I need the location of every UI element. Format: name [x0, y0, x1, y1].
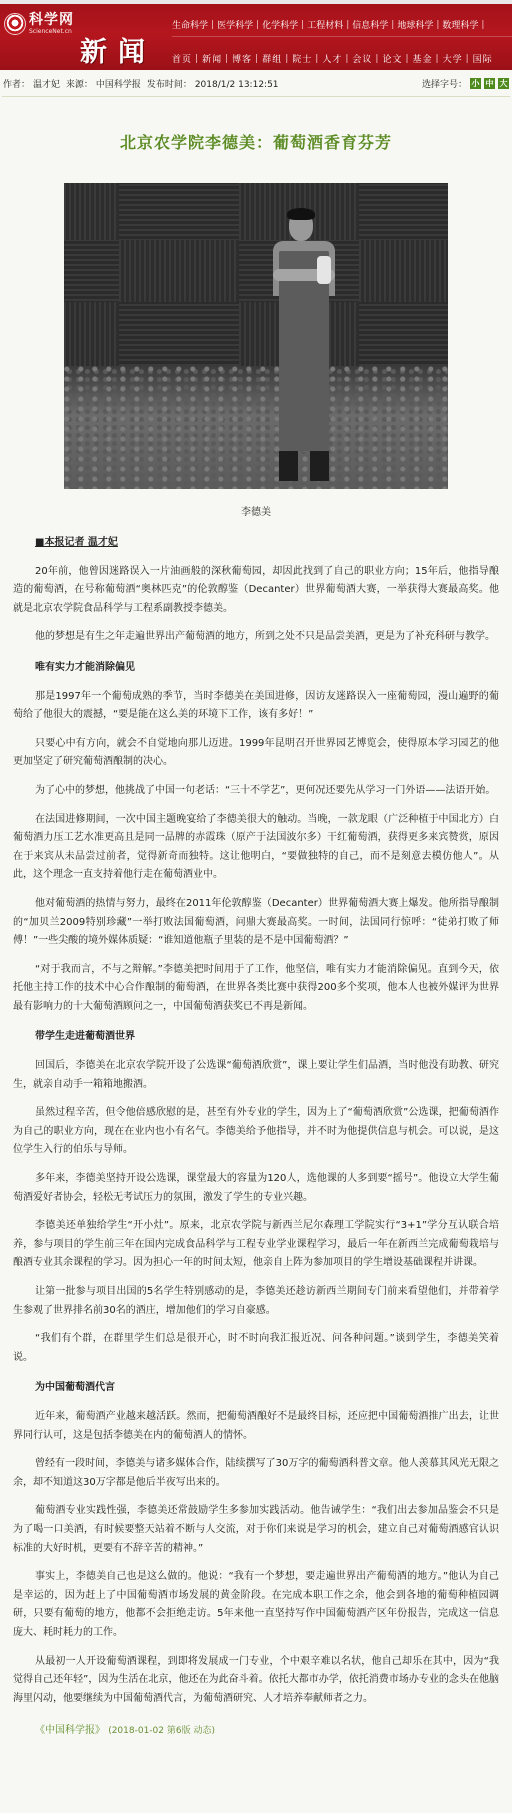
- article-paragraph: 多年来，李德美坚持开设公选课，课堂最大的容量为120人，选他课的人多到要“摇号”…: [13, 1170, 499, 1207]
- nav-groups[interactable]: 群组: [262, 52, 282, 65]
- author-label: 作者：: [3, 80, 30, 90]
- article-paragraph: 他的梦想是有生之年走遍世界出产葡萄酒的地方，所到之处不只是品尝美酒，更是为了补充…: [13, 628, 499, 647]
- font-size-medium-button[interactable]: 中: [484, 78, 495, 89]
- nav-divider: |: [346, 20, 349, 30]
- nav-divider: |: [255, 54, 259, 64]
- article-meta-bar: 作者：温才妃 来源：中国科学报 发布时间：2018/1/2 13:12:51 选…: [2, 70, 510, 97]
- article-paragraph: 在法国进修期间，一次中国主题晚宴给了李德美很大的触动。当晚，一款龙眼（广泛种植于…: [13, 811, 499, 885]
- source-name: 中国科学报: [96, 80, 141, 90]
- nav-divider: |: [345, 54, 349, 64]
- section-heading: 唯有实力才能消除偏见: [35, 659, 499, 678]
- article-title: 北京农学院李德美：葡萄酒香育芬芳: [0, 130, 512, 150]
- font-size-selector: 选择字号： 小 中 大: [422, 77, 509, 90]
- photo-wall-panel: [359, 240, 448, 302]
- source-label: 来源：: [66, 80, 93, 90]
- nav-papers[interactable]: 论文: [382, 52, 402, 65]
- nav-funding[interactable]: 基金: [413, 52, 433, 65]
- nav-divider: |: [195, 54, 199, 64]
- nav-talent[interactable]: 人才: [322, 52, 342, 65]
- nav-divider: |: [405, 54, 409, 64]
- article-paragraph: 为了心中的梦想，他挑战了中国一句老话：“三十不学艺”，更何况还要先从学习一门外语…: [13, 782, 499, 801]
- photo-wall-panel: [64, 302, 119, 366]
- sciencenet-logo[interactable]: 科学网 ScienceNet.cn: [4, 13, 74, 35]
- source-edition: (2018-01-02 第6版 动态): [108, 1726, 215, 1736]
- main-nav: 首页| 新闻| 博客| 群组| 院士| 人才| 会议| 论文| 基金| 大学| …: [172, 52, 493, 65]
- font-size-label: 选择字号：: [422, 77, 467, 90]
- photo-subject: [265, 211, 345, 481]
- article-photo: [64, 183, 448, 489]
- nav-separator: [172, 36, 512, 37]
- nav-divider: |: [436, 20, 439, 30]
- article-paragraph: 让第一批参与项目出国的5名学生特别感动的是，李德美还趁访新西兰期间专门前来看望他…: [13, 1283, 499, 1320]
- font-size-large-button[interactable]: 大: [498, 78, 509, 89]
- nav-divider: |: [481, 20, 484, 30]
- published-label: 发布时间：: [147, 80, 192, 90]
- article-paragraph: 从最初一人开设葡萄酒课程，到即将发展成一门专业，个中艰辛难以名状，他自己却乐在其…: [13, 1653, 499, 1709]
- nav-home[interactable]: 首页: [172, 52, 192, 65]
- nav-divider: |: [285, 54, 289, 64]
- photo-wall-panel: [119, 240, 239, 302]
- article-body: ■本报记者 温才妃 20年前，他曾因迷路误入一片油画般的深秋葡萄园，却因此找到了…: [0, 534, 512, 1741]
- discipline-nav: 生命科学| 医学科学| 化学科学| 工程材料| 信息科学| 地球科学| 数理科学…: [172, 18, 487, 31]
- published-time: 2018/1/2 13:12:51: [195, 80, 279, 90]
- nav-life-science[interactable]: 生命科学: [172, 18, 208, 31]
- font-size-small-button[interactable]: 小: [470, 78, 481, 89]
- article-paragraph: “对于我而言，不与之辩解。”李德美把时间用于了工作，他坚信，唯有实力才能消除偏见…: [13, 961, 499, 1017]
- article-blocks: 20年前，他曾因迷路误入一片油画般的深秋葡萄园，却因此找到了自己的职业方向；15…: [13, 563, 499, 1709]
- article-meta: 作者：温才妃 来源：中国科学报 发布时间：2018/1/2 13:12:51: [3, 77, 282, 90]
- article-paragraph: “我们有个群，在群里学生们总是很开心，时不时向我汇报近况、问各种问题。”谈到学生…: [13, 1330, 499, 1367]
- article-paragraph: 葡萄酒专业实践性强，李德美还常鼓励学生多参加实践活动。他告诫学生：“我们出去参加…: [13, 1502, 499, 1558]
- section-title: 新闻: [80, 30, 156, 69]
- logo-en-text: ScienceNet.cn: [29, 29, 74, 35]
- nav-chemistry[interactable]: 化学科学: [262, 18, 298, 31]
- nav-engineering[interactable]: 工程材料: [307, 18, 343, 31]
- nav-universities[interactable]: 大学: [443, 52, 463, 65]
- article-paragraph: 曾经有一段时间，李德美与诸多媒体合作，陆续撰写了30万字的葡萄酒科普文章。他人羡…: [13, 1455, 499, 1492]
- nav-divider: |: [391, 20, 394, 30]
- section-heading: 带学生走进葡萄酒世界: [35, 1028, 499, 1047]
- photo-grass: [64, 366, 448, 489]
- nav-international[interactable]: 国际: [473, 52, 493, 65]
- article-paragraph: 事实上，李德美自己也是这么做的。他说：“我有一个梦想，要走遍世界出产葡萄酒的地方…: [13, 1568, 499, 1642]
- section-heading: 为中国葡萄酒代言: [35, 1379, 499, 1398]
- nav-blog[interactable]: 博客: [232, 52, 252, 65]
- nav-divider: |: [315, 54, 319, 64]
- photo-caption: 李德美: [0, 503, 512, 518]
- nav-divider: |: [436, 54, 440, 64]
- article-paragraph: 20年前，他曾因迷路误入一片油画般的深秋葡萄园，却因此找到了自己的职业方向；15…: [13, 563, 499, 619]
- article-paragraph: 回国后，李德美在北京农学院开设了公选课“葡萄酒欣赏”，课上要让学生们品酒，当时他…: [13, 1057, 499, 1094]
- article-paragraph: 近年来，葡萄酒产业越来越活跃。然而，把葡萄酒酿好不是最终目标，还应把中国葡萄酒推…: [13, 1408, 499, 1445]
- nav-divider: |: [375, 54, 379, 64]
- nav-news[interactable]: 新闻: [202, 52, 222, 65]
- nav-divider: |: [256, 20, 259, 30]
- article-paragraph: 只要心中有方向，就会不自觉地向那儿迈进。1999年昆明召开世界园艺博览会，使得原…: [13, 735, 499, 772]
- source-paper[interactable]: 《中国科学报》: [35, 1725, 105, 1736]
- logo-emblem-icon: [4, 13, 26, 35]
- nav-divider: |: [211, 20, 214, 30]
- article-paragraph: 那是1997年一个葡萄成熟的季节，当时李德美在美国进修，因访友迷路误入一座葡萄园…: [13, 688, 499, 725]
- nav-medical-science[interactable]: 医学科学: [217, 18, 253, 31]
- site-header: 科学网 ScienceNet.cn 新闻 生命科学| 医学科学| 化学科学| 工…: [0, 4, 512, 70]
- nav-divider: |: [466, 54, 470, 64]
- nav-information[interactable]: 信息科学: [352, 18, 388, 31]
- nav-divider: |: [301, 20, 304, 30]
- author-name: 温才妃: [33, 80, 60, 90]
- photo-wall-panel: [64, 183, 119, 240]
- article-paragraph: 虽然过程辛苦，但令他倍感欣慰的是，甚至有外专业的学生，因为上了“葡萄酒欣赏”公选…: [13, 1104, 499, 1160]
- nav-academicians[interactable]: 院士: [292, 52, 312, 65]
- nav-math-physics[interactable]: 数理科学: [442, 18, 478, 31]
- reporter-byline: ■本报记者 温才妃: [35, 534, 499, 553]
- logo-cn-text: 科学网: [29, 13, 74, 27]
- article-source-line: 《中国科学报》 (2018-01-02 第6版 动态): [35, 1722, 499, 1741]
- nav-earth-science[interactable]: 地球科学: [397, 18, 433, 31]
- nav-conferences[interactable]: 会议: [352, 52, 372, 65]
- nav-divider: |: [225, 54, 229, 64]
- article-paragraph: 他对葡萄酒的热情与努力，最终在2011年伦敦醇鉴（Decanter）世界葡萄酒大…: [13, 895, 499, 951]
- article-paragraph: 李德美还单独给学生“开小灶”。原来，北京农学院与新西兰尼尔森理工学院实行“3+1…: [13, 1217, 499, 1273]
